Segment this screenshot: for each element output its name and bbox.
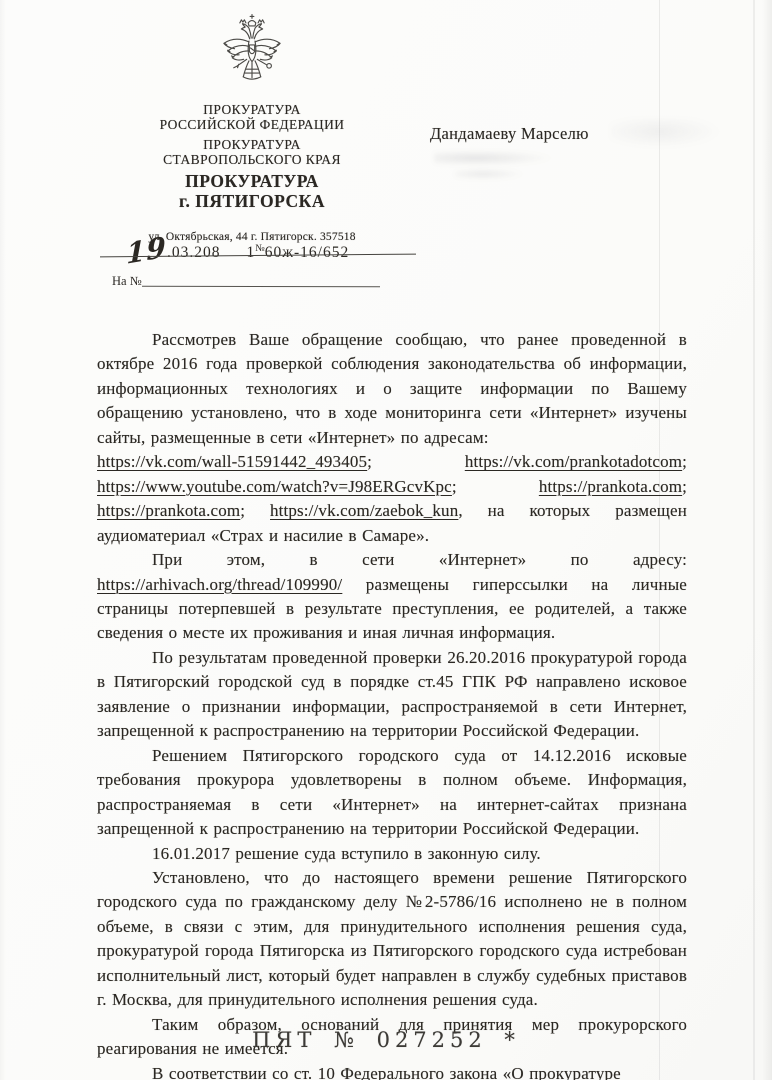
org-line: г. ПЯТИГОРСКА xyxy=(116,192,388,212)
org-line: ПРОКУРАТУРА xyxy=(116,102,388,117)
org-line: ПРОКУРАТУРА xyxy=(116,172,388,192)
body-text: 16.01.2017 решение суда вступило в закон… xyxy=(152,844,541,863)
number-rest: 60ж-16/652 xyxy=(265,244,349,261)
scanned-letter-page: ПРОКУРАТУРА РОССИЙСКОЙ ФЕДЕРАЦИИ ПРОКУРА… xyxy=(0,0,772,1080)
paragraph: В соответствии со ст. 10 Федерального за… xyxy=(97,1062,687,1080)
erased-handwriting-ghost xyxy=(610,118,720,148)
org-line: РОССИЙСКОЙ ФЕДЕРАЦИИ xyxy=(116,117,388,132)
url-text: https://arhivach.org/thread/109990/ xyxy=(97,575,342,594)
body-text: По результатам проведенной проверки 26.2… xyxy=(97,648,687,740)
org-line: СТАВРОПОЛЬСКОГО КРАЯ xyxy=(116,152,388,167)
body-text: ; xyxy=(240,501,270,520)
url-text: https://prankota.com xyxy=(539,477,682,496)
url-text: https://vk.com/wall-51591442_493405 xyxy=(97,452,367,471)
org-name-city: ПРОКУРАТУРА г. ПЯТИГОРСКА xyxy=(116,172,388,211)
url-text: https://vk.com/zaebok_kun xyxy=(270,501,458,520)
org-name-federation: ПРОКУРАТУРА РОССИЙСКОЙ ФЕДЕРАЦИИ xyxy=(116,102,388,132)
na-number-blank-underline xyxy=(142,286,380,288)
org-line: ПРОКУРАТУРА xyxy=(116,137,388,152)
na-number-line: На № xyxy=(112,274,402,289)
double-headed-eagle-coat-of-arms-icon xyxy=(214,10,290,97)
number-sign: № xyxy=(255,243,265,254)
paragraph: Рассмотрев Ваше обращение сообщаю, что р… xyxy=(97,328,687,450)
number-prefix: 1 xyxy=(246,244,255,261)
date-typed: .03.208 xyxy=(167,244,221,261)
scan-fold-line xyxy=(753,0,755,1080)
body-text: Установлено, что до настоящего времени р… xyxy=(97,868,687,1009)
paragraph: При этом, в сети «Интернет» по адресу: h… xyxy=(97,548,687,646)
url-text: https://vk.com/prankotadotcom xyxy=(465,452,682,471)
paragraph: https://vk.com/wall-51591442_493405; htt… xyxy=(97,450,687,548)
erased-handwriting-ghost xyxy=(434,150,554,166)
body-text: ; xyxy=(682,452,687,471)
body-text: ; xyxy=(367,452,465,471)
addressee-name: Дандамаеву Марселю xyxy=(430,124,589,144)
na-number-label: На № xyxy=(112,274,142,288)
url-text: https://prankota.com xyxy=(97,501,240,520)
erased-handwriting-ghost xyxy=(455,168,525,180)
body-text: ; xyxy=(682,477,687,496)
paragraph: По результатам проведенной проверки 26.2… xyxy=(97,646,687,744)
paragraph: 16.01.2017 решение суда вступило в закон… xyxy=(97,842,687,866)
reference-block: 19.03.2081№60ж-16/652 На № xyxy=(112,238,402,289)
body-text: ; xyxy=(452,477,539,496)
body-text: В соответствии со ст. 10 Федерального за… xyxy=(152,1064,621,1080)
letter-body: Рассмотрев Ваше обращение сообщаю, что р… xyxy=(97,328,687,1080)
form-serial-stamp: ПЯТ № 027252 * xyxy=(0,1028,772,1052)
outgoing-date-number: 19.03.2081№60ж-16/652 xyxy=(112,238,402,262)
letterhead: ПРОКУРАТУРА РОССИЙСКОЙ ФЕДЕРАЦИИ ПРОКУРА… xyxy=(116,10,388,243)
body-text: Рассмотрев Ваше обращение сообщаю, что р… xyxy=(97,330,687,447)
url-text: https://www.youtube.com/watch?v=J98ERGcv… xyxy=(97,477,452,496)
paragraph: Решением Пятигорского городского суда от… xyxy=(97,744,687,842)
body-text: Решением Пятигорского городского суда от… xyxy=(97,746,687,838)
paragraph: Установлено, что до настоящего времени р… xyxy=(97,866,687,1013)
scan-edge-shadow xyxy=(0,0,6,1080)
body-text: При этом, в сети «Интернет» по адресу: xyxy=(152,550,687,569)
handwritten-day: 19 xyxy=(126,237,166,264)
scan-edge-shadow xyxy=(762,0,772,1080)
org-name-krai: ПРОКУРАТУРА СТАВРОПОЛЬСКОГО КРАЯ xyxy=(116,137,388,167)
